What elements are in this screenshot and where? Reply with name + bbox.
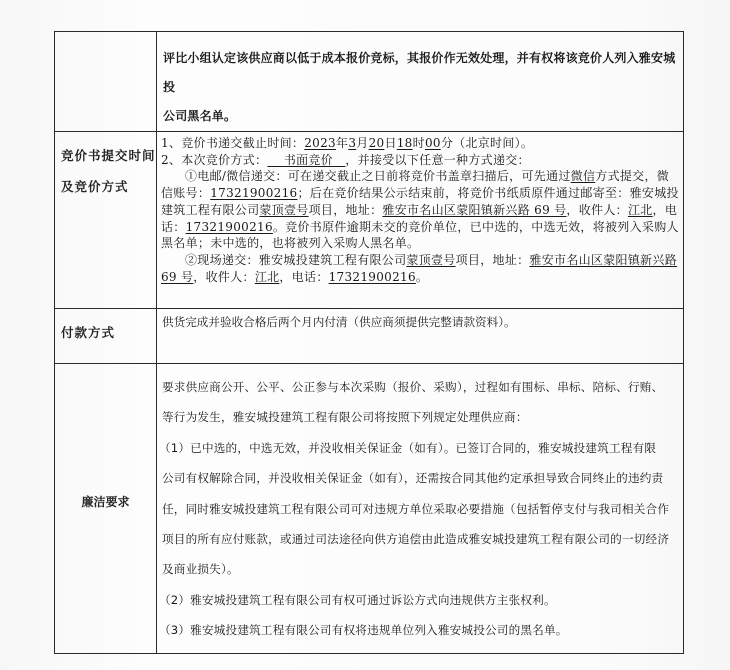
year-unit: 年 (336, 136, 348, 150)
penalty-item-1-line: （1）已中选的，中选无效，并没收相关保证金（如有）。已签订合同的，雅安城投建筑工… (159, 433, 679, 463)
recipient-phone: 17321900216 (186, 220, 273, 234)
penalty-item-1-line: 及商业损失）。 (162, 554, 679, 584)
row-label-integrity: 廉洁要求 (55, 364, 157, 654)
deadline-hour: 18 (397, 136, 413, 150)
row-label-submission: 竞价书提交时间 及竞价方式 (55, 132, 157, 309)
wechat-method: 微信 (571, 169, 596, 183)
method-value: 书面竞价 (267, 153, 345, 167)
penalty-item-3: （3）雅安城投建筑工程有限公司有权将违规单位列入雅安城投公司的黑名单。 (159, 615, 679, 645)
text: ①电邮/微信递交：可在递交截止之日前将竞价书盖章扫描后，可先通过 (185, 169, 571, 183)
text: ，电话： (279, 270, 328, 284)
month-unit: 月 (356, 136, 368, 150)
intro-line: 要求供应商公开、公平、公正参与本次采购（报价、采购），过程如有围标、串标、陪标、… (162, 372, 679, 402)
recipient-phone: 17321900216 (329, 270, 416, 284)
submission-details: 1、竞价书递交截止时间：2023年3月20日18时00分（北京时间）。 2、本次… (157, 132, 684, 309)
project-name: 蒙顶壹号 (406, 253, 455, 267)
text: 项目，地址： (309, 203, 383, 217)
recipient-name: 江北 (628, 203, 653, 217)
table-row-continuation: 评比小组认定该供应商以低于成本报价竞标，其报价作无效处理，并有权将该竞价人列入雅… (55, 32, 684, 132)
scanned-document-page: 评比小组认定该供应商以低于成本报价竞标，其报价作无效处理，并有权将该竞价人列入雅… (0, 0, 730, 670)
wechat-account: 17321900216 (210, 186, 297, 200)
text: 。 (416, 270, 428, 284)
integrity-requirements: 要求供应商公开、公平、公正参与本次采购（报价、采购），过程如有围标、串标、陪标、… (157, 364, 684, 654)
table-row-integrity: 廉洁要求 要求供应商公开、公平、公正参与本次采购（报价、采购），过程如有围标、串… (55, 364, 684, 654)
minute-unit: 分（北京时间）。 (441, 136, 533, 150)
row-label-payment: 付款方式 (55, 309, 157, 364)
procurement-terms-table: 评比小组认定该供应商以低于成本报价竞标，其报价作无效处理，并有权将该竞价人列入雅… (54, 31, 684, 654)
penalty-item-1-line: 公司有权解除合同，并没收相关保证金（如有），还需按合同其他约定承担导致合同终止的… (162, 463, 679, 493)
text: 项目，地址： (456, 253, 530, 267)
payment-terms: 供货完成并验收合格后两个月内付清（供应商须提供完整请款资料）。 (157, 309, 684, 364)
method-suffix: ，并接受以下任意一种方式递交： (345, 153, 530, 167)
intro-line: 等行为发生，雅安城投建筑工程有限公司将按照下列规定处理供应商： (162, 402, 679, 432)
text: ，收件人： (566, 203, 628, 217)
project-name: 蒙顶壹号 (259, 203, 308, 217)
day-unit: 日 (384, 136, 396, 150)
deadline-line: 1、竞价书递交截止时间：2023年3月20日18时00分（北京时间）。 (161, 135, 679, 152)
method-line: 2、本次竞价方式： 书面竞价 ，并接受以下任意一种方式递交： (161, 152, 679, 169)
clause-line: 公司黑名单。 (163, 102, 683, 131)
label-line: 竞价书提交时间 (61, 140, 156, 171)
penalty-item-1-line: 项目的所有应付账款，或通过司法途径向供方追偿由此造成雅安城投建筑工程有限公司的一… (162, 524, 679, 554)
mailing-address: 雅安市名山区蒙阳镇新兴路 69 号 (382, 203, 566, 217)
deadline-year: 2023 (304, 136, 336, 150)
penalty-item-1-line: 任，同时雅安城投建筑工程有限公司可对违规方单位采取必要措施（包括暂停支付与我司相… (162, 494, 679, 524)
deadline-prefix: 1、竞价书递交截止时间： (161, 136, 304, 150)
option-email-wechat: ①电邮/微信递交：可在递交截止之日前将竞价书盖章扫描后，可先通过微信方式提交，微… (161, 168, 679, 252)
text: ②现场递交：雅安城投建筑工程有限公司 (185, 253, 406, 267)
row-label-empty (55, 32, 157, 132)
hour-unit: 时 (413, 136, 425, 150)
table-row-payment: 付款方式 供货完成并验收合格后两个月内付清（供应商须提供完整请款资料）。 (55, 309, 684, 364)
method-text: 书面竞价 (284, 153, 333, 167)
recipient-name: 江北 (255, 270, 280, 284)
text: ，收件人： (193, 270, 255, 284)
low-price-clause: 评比小组认定该供应商以低于成本报价竞标，其报价作无效处理，并有权将该竞价人列入雅… (157, 32, 684, 132)
penalty-item-2: （2）雅安城投建筑工程有限公司有权可通过诉讼方式向违规供方主张权利。 (159, 585, 679, 615)
clause-line: 评比小组认定该供应商以低于成本报价竞标，其报价作无效处理，并有权将该竞价人列入雅… (163, 44, 683, 102)
label-line: 及竞价方式 (61, 171, 156, 202)
method-prefix: 2、本次竞价方式： (161, 153, 267, 167)
deadline-minute: 00 (425, 136, 441, 150)
table-row-submission: 竞价书提交时间 及竞价方式 1、竞价书递交截止时间：2023年3月20日18时0… (55, 132, 684, 309)
deadline-day: 20 (369, 136, 385, 150)
option-on-site: ②现场递交：雅安城投建筑工程有限公司蒙顶壹号项目，地址：雅安市名山区蒙阳镇新兴路… (161, 252, 679, 285)
